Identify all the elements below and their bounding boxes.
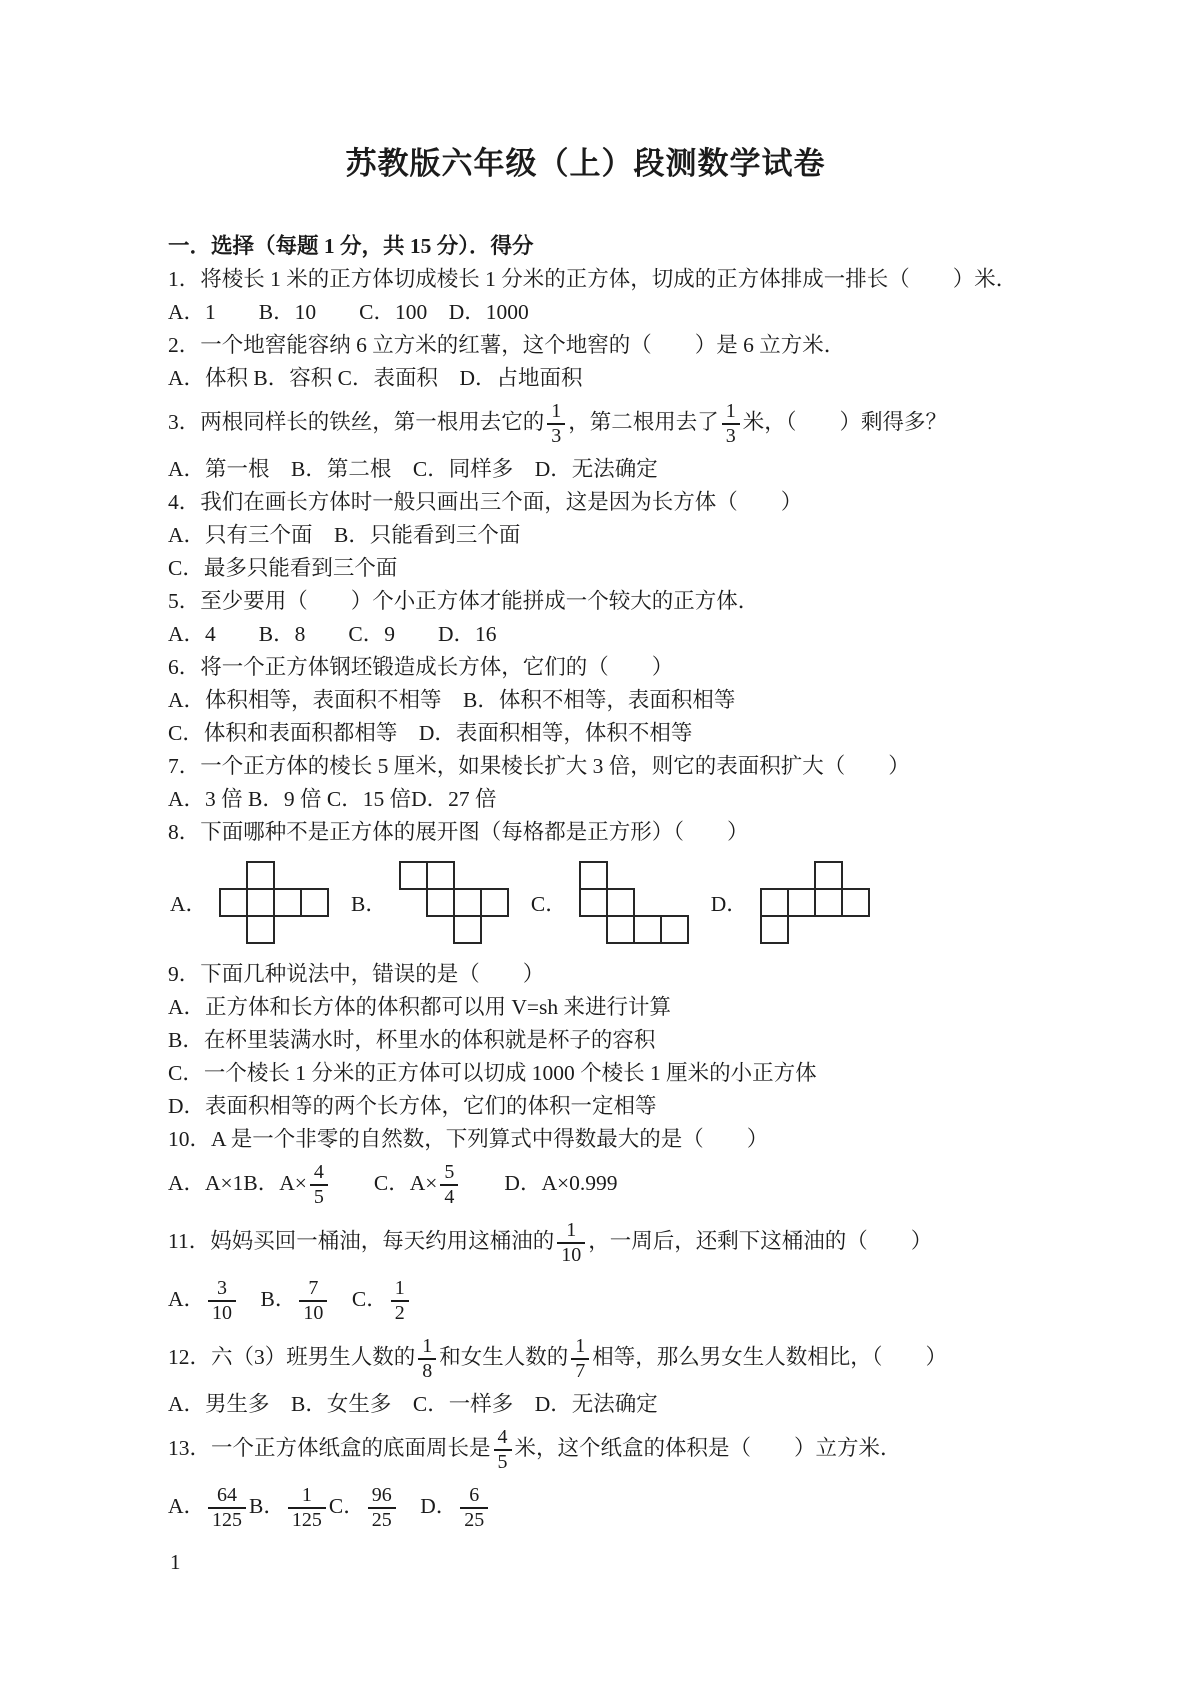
text-run: A．体积相等，表面积不相等 B．体积不相等，表面积相等 xyxy=(168,688,735,712)
q2: 2．一个地窖能容纳 6 立方米的红薯，这个地窖的（ ）是 6 立方米． xyxy=(168,329,1058,362)
fraction-numerator: 5 xyxy=(440,1161,458,1184)
fraction: 1125 xyxy=(288,1484,326,1532)
q9-option-a: A．正方体和长方体的体积都可以用 V=sh 来进行计算 xyxy=(168,991,1058,1024)
text-run: 11．妈妈买回一桶油，每天约用这桶油的 xyxy=(168,1229,554,1253)
fraction: 45 xyxy=(494,1426,512,1474)
text-run: 米，这个纸盒的体积是（ ）立方米． xyxy=(515,1436,902,1460)
text-run: 6．将一个正方体钢坯锻造成长方体，它们的（ ） xyxy=(168,655,673,679)
fraction-numerator: 1 xyxy=(298,1484,316,1507)
fraction-denominator: 3 xyxy=(547,423,565,448)
q4-option-c: C．最多只能看到三个面 xyxy=(168,552,1058,585)
fraction: 17 xyxy=(571,1335,589,1383)
text-run: 12．六（3）班男生人数的 xyxy=(168,1345,415,1369)
fraction-denominator: 125 xyxy=(288,1507,326,1532)
q5: 5．至少要用（ ）个小正方体才能拼成一个较大的正方体． xyxy=(168,585,1058,618)
document-page: { "page": { "title": "苏教版六年级（上）段测数学试卷", … xyxy=(0,0,1191,1684)
text-run: B． xyxy=(239,1287,296,1311)
net-cell xyxy=(633,915,662,944)
fraction: 54 xyxy=(440,1161,458,1209)
net-cell xyxy=(814,888,843,917)
net-cell xyxy=(426,888,455,917)
fraction-numerator: 1 xyxy=(547,400,565,423)
fraction-numerator: 1 xyxy=(571,1335,589,1358)
fraction-numerator: 1 xyxy=(562,1219,580,1242)
text-run: 3．两根同样长的铁丝，第一根用去它的 xyxy=(168,410,544,434)
fraction-numerator: 6 xyxy=(465,1484,483,1507)
fraction-denominator: 25 xyxy=(368,1507,396,1532)
net-cell xyxy=(246,888,275,917)
q10: 10．A 是一个非零的自然数，下列算式中得数最大的是（ ） xyxy=(168,1123,1058,1156)
q3: 3．两根同样长的铁丝，第一根用去它的13，第二根用去了13米，（ ）剩得多？ xyxy=(168,395,1058,453)
fraction: 110 xyxy=(557,1219,585,1267)
q4-options-ab: A．只有三个面 B．只能看到三个面 xyxy=(168,519,1058,552)
fraction-numerator: 1 xyxy=(391,1277,409,1300)
page-number: 1 xyxy=(170,1550,181,1575)
fraction-denominator: 25 xyxy=(460,1507,488,1532)
text-run: B．在杯里装满水时，杯里水的体积就是杯子的容积 xyxy=(168,1028,655,1052)
fraction-numerator: 1 xyxy=(418,1335,436,1358)
net-cell xyxy=(426,861,455,890)
fraction-denominator: 2 xyxy=(391,1300,409,1325)
net-cell xyxy=(760,888,789,917)
q7: 7．一个正方体的棱长 5 厘米，如果棱长扩大 3 倍，则它的表面积扩大（ ） xyxy=(168,750,1058,783)
text-run: A．4 B．8 C．9 D．16 xyxy=(168,622,497,646)
net-cell xyxy=(246,861,275,890)
section-heading: 一．选择（每题 1 分，共 15 分）．得分 xyxy=(168,229,1058,263)
q13: 13．一个正方体纸盒的底面周长是45米，这个纸盒的体积是（ ）立方米． xyxy=(168,1421,1058,1479)
fraction: 310 xyxy=(208,1277,236,1325)
q9-option-b: B．在杯里装满水时，杯里水的体积就是杯子的容积 xyxy=(168,1024,1058,1057)
fraction-denominator: 5 xyxy=(494,1449,512,1474)
q11: 11．妈妈买回一桶油，每天约用这桶油的110，一周后，还剩下这桶油的（ ） xyxy=(168,1214,1058,1272)
text-run: C．体积和表面积都相等 D．表面积相等，体积不相等 xyxy=(168,721,692,745)
text-run: 5．至少要用（ ）个小正方体才能拼成一个较大的正方体． xyxy=(168,589,759,613)
text-run: 4．我们在画长方体时一般只画出三个面，这是因为长方体（ ） xyxy=(168,490,802,514)
text-run: 13．一个正方体纸盒的底面周长是 xyxy=(168,1436,491,1460)
net-cell xyxy=(787,888,816,917)
fraction-denominator: 10 xyxy=(208,1300,236,1325)
text-run: 和女生人数的 xyxy=(439,1345,568,1369)
text-run: 8．下面哪种不是正方体的展开图（每格都是正方形）（ ） xyxy=(168,820,749,844)
text-run: A．3 倍 B．9 倍 C．15 倍D．27 倍 xyxy=(168,787,497,811)
fraction-numerator: 1 xyxy=(722,400,740,423)
q7-options: A．3 倍 B．9 倍 C．15 倍D．27 倍 xyxy=(168,783,1058,816)
fraction-denominator: 8 xyxy=(418,1358,436,1383)
document-content: 苏教版六年级（上）段测数学试卷 一．选择（每题 1 分，共 15 分）．得分 1… xyxy=(168,138,1058,1537)
q12-options: A．男生多 B．女生多 C．一样多 D．无法确定 xyxy=(168,1388,1058,1421)
q2-options: A．体积 B．容积 C．表面积 D．占地面积 xyxy=(168,362,1058,395)
net-cell xyxy=(814,861,843,890)
q3-options: A．第一根 B．第二根 C．同样多 D．无法确定 xyxy=(168,453,1058,486)
fraction-denominator: 10 xyxy=(299,1300,327,1325)
text-run: D．表面积相等的两个长方体，它们的体积一定相等 xyxy=(168,1094,657,1118)
cube-net-b xyxy=(399,861,509,944)
q9: 9．下面几种说法中，错误的是（ ） xyxy=(168,958,1058,991)
text-run: A．体积 B．容积 C．表面积 D．占地面积 xyxy=(168,366,583,390)
net-label: D． xyxy=(711,887,748,918)
fraction: 710 xyxy=(299,1277,327,1325)
text-run: 2．一个地窖能容纳 6 立方米的红薯，这个地窖的（ ）是 6 立方米． xyxy=(168,333,845,357)
document-title: 苏教版六年级（上）段测数学试卷 xyxy=(168,138,1003,183)
cube-net-a xyxy=(219,861,329,944)
net-cell xyxy=(246,915,275,944)
net-label: C． xyxy=(531,887,567,918)
text-run: A． xyxy=(168,1287,205,1311)
fraction: 45 xyxy=(310,1161,328,1209)
net-cell xyxy=(273,888,302,917)
text-run: C．一个棱长 1 分米的正方体可以切成 1000 个棱长 1 厘米的小正方体 xyxy=(168,1061,817,1085)
fraction-denominator: 10 xyxy=(557,1242,585,1267)
q1-options: A．1 B．10 C．100 D．1000 xyxy=(168,296,1058,329)
text-run: C．最多只能看到三个面 xyxy=(168,556,397,580)
q12: 12．六（3）班男生人数的18和女生人数的17相等，那么男女生人数相比，（ ） xyxy=(168,1330,1058,1388)
cube-net-d xyxy=(760,861,870,944)
cube-net-figure: A．B．C．D． xyxy=(170,861,1058,944)
fraction: 13 xyxy=(722,400,740,448)
fraction: 18 xyxy=(418,1335,436,1383)
fraction-numerator: 64 xyxy=(213,1484,241,1507)
net-cell xyxy=(579,861,608,890)
text-run: 米，（ ）剩得多？ xyxy=(743,410,947,434)
q13-options: A．64125B．1125C．9625 D．625 xyxy=(168,1479,1058,1537)
text-run: 1．将棱长 1 米的正方体切成棱长 1 分米的正方体，切成的正方体排成一排长（ … xyxy=(168,267,1017,291)
fraction-numerator: 4 xyxy=(310,1161,328,1184)
net-cell xyxy=(399,861,428,890)
q4: 4．我们在画长方体时一般只画出三个面，这是因为长方体（ ） xyxy=(168,486,1058,519)
fraction-numerator: 3 xyxy=(213,1277,231,1300)
net-cell xyxy=(453,915,482,944)
net-label: B． xyxy=(351,887,387,918)
text-run: A．第一根 B．第二根 C．同样多 D．无法确定 xyxy=(168,457,658,481)
net-cell xyxy=(606,888,635,917)
net-label: A． xyxy=(170,887,207,918)
q6-options-ab: A．体积相等，表面积不相等 B．体积不相等，表面积相等 xyxy=(168,684,1058,717)
text-run: 9．下面几种说法中，错误的是（ ） xyxy=(168,962,544,986)
q8: 8．下面哪种不是正方体的展开图（每格都是正方形）（ ） xyxy=(168,816,1058,849)
text-run: 7．一个正方体的棱长 5 厘米，如果棱长扩大 3 倍，则它的表面积扩大（ ） xyxy=(168,754,910,778)
net-cell xyxy=(453,888,482,917)
text-run: A．1 B．10 C．100 D．1000 xyxy=(168,300,529,324)
text-run: A．正方体和长方体的体积都可以用 V=sh 来进行计算 xyxy=(168,995,671,1019)
fraction: 13 xyxy=(547,400,565,448)
q10-options: A．A×1B．A×45 C．A×54 D．A×0.999 xyxy=(168,1156,1058,1214)
text-run: C．A× xyxy=(331,1171,438,1195)
fraction: 12 xyxy=(391,1277,409,1325)
net-cell xyxy=(760,915,789,944)
q6-options-cd: C．体积和表面积都相等 D．表面积相等，体积不相等 xyxy=(168,717,1058,750)
text-run: A． xyxy=(168,1494,205,1518)
fraction-denominator: 3 xyxy=(722,423,740,448)
q5-options: A．4 B．8 C．9 D．16 xyxy=(168,618,1058,651)
net-cell xyxy=(480,888,509,917)
text-run: D．A×0.999 xyxy=(461,1171,617,1195)
q11-options: A．310 B．710 C．12 xyxy=(168,1272,1058,1330)
fraction: 64125 xyxy=(208,1484,246,1532)
fraction-denominator: 7 xyxy=(571,1358,589,1383)
net-cell xyxy=(219,888,248,917)
net-cell xyxy=(579,888,608,917)
text-run: C． xyxy=(329,1494,365,1518)
cube-net-group-d: D． xyxy=(711,861,870,944)
fraction-denominator: 4 xyxy=(440,1184,458,1209)
fraction: 625 xyxy=(460,1484,488,1532)
fraction-numerator: 96 xyxy=(368,1484,396,1507)
text-run: 相等，那么男女生人数相比，（ ） xyxy=(592,1345,947,1369)
cube-net-group-b: B． xyxy=(351,861,509,944)
content-lines: 1．将棱长 1 米的正方体切成棱长 1 分米的正方体，切成的正方体排成一排长（ … xyxy=(168,263,1058,1537)
text-run: A．男生多 B．女生多 C．一样多 D．无法确定 xyxy=(168,1392,658,1416)
text-run: 10．A 是一个非零的自然数，下列算式中得数最大的是（ ） xyxy=(168,1127,768,1151)
text-run: A．A×1B．A× xyxy=(168,1171,307,1195)
fraction-numerator: 4 xyxy=(494,1426,512,1449)
fraction-denominator: 5 xyxy=(310,1184,328,1209)
text-run: A．只有三个面 B．只能看到三个面 xyxy=(168,523,520,547)
fraction-denominator: 125 xyxy=(208,1507,246,1532)
q9-option-d: D．表面积相等的两个长方体，它们的体积一定相等 xyxy=(168,1090,1058,1123)
net-cell xyxy=(660,915,689,944)
net-cell xyxy=(300,888,329,917)
text-run: ，一周后，还剩下这桶油的（ ） xyxy=(588,1229,932,1253)
net-cell xyxy=(841,888,870,917)
text-run: ，第二根用去了 xyxy=(568,410,719,434)
fraction: 9625 xyxy=(368,1484,396,1532)
fraction-numerator: 7 xyxy=(304,1277,322,1300)
text-run: D． xyxy=(399,1494,458,1518)
cube-net-group-c: C． xyxy=(531,861,689,944)
cube-net-group-a: A． xyxy=(170,861,329,944)
q1: 1．将棱长 1 米的正方体切成棱长 1 分米的正方体，切成的正方体排成一排长（ … xyxy=(168,263,1058,296)
text-run: C． xyxy=(330,1287,387,1311)
cube-net-c xyxy=(579,861,689,944)
q9-option-c: C．一个棱长 1 分米的正方体可以切成 1000 个棱长 1 厘米的小正方体 xyxy=(168,1057,1058,1090)
net-cell xyxy=(606,915,635,944)
q6: 6．将一个正方体钢坯锻造成长方体，它们的（ ） xyxy=(168,651,1058,684)
text-run: B． xyxy=(249,1494,285,1518)
